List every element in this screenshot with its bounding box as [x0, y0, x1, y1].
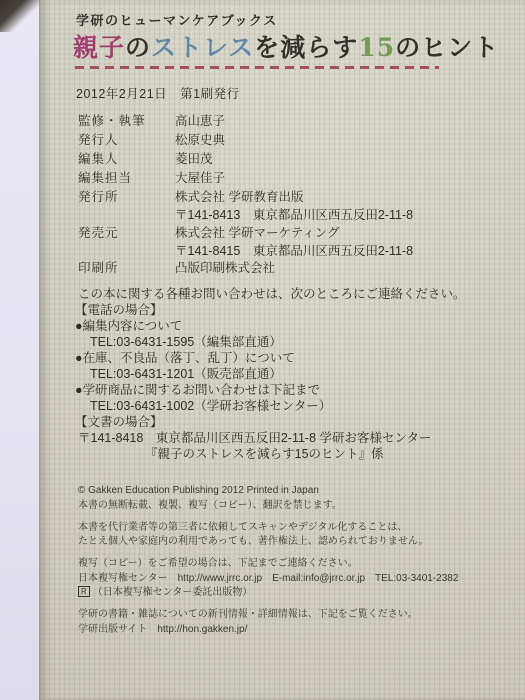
credit-label: 発行所	[78, 188, 175, 207]
book-colophon-photo: 学研のヒューマンケアブックス 親子のストレスを減らす15のヒント 2012年2月…	[0, 0, 525, 700]
credit-label: 発行人	[78, 131, 175, 150]
credit-row-printer: 印刷所 凸版印刷株式会社	[78, 259, 413, 278]
credit-row-editor: 編集人 菱田茂	[78, 150, 413, 169]
book-title: 親子のストレスを減らす15のヒント	[73, 28, 499, 64]
title-part-herasu: を減らす	[254, 34, 358, 62]
contact-intro: この本に関する各種お問い合わせは、次のところにご連絡ください。	[75, 286, 466, 302]
credit-row-publisher-person: 発行人 松原史典	[78, 131, 413, 150]
credit-row-editing-staff: 編集担当 大屋佳子	[78, 169, 413, 188]
copy-license-paragraph: 複写（コピー）をご希望の場合は、下記までご連絡ください。 日本複写権センター h…	[78, 557, 458, 601]
credit-value: 菱田茂	[175, 150, 213, 169]
credit-row-distributor: 発売元 株式会社 学研マーケティング	[78, 224, 413, 243]
scan-line-1: 本書を代行業者等の第三者に依頼してスキャンやデジタル化することは、	[78, 522, 407, 533]
edition-date: 2012年2月21日 第1刷発行	[76, 84, 240, 102]
jrrc-line: 日本複写権センター http://www.jrrc.or.jp E-mail:i…	[78, 573, 458, 584]
mail-attention-line: 『親子のストレスを減らす15のヒント』係	[75, 446, 466, 462]
series-name: 学研のヒューマンケアブックス	[76, 10, 278, 29]
phone-topic: ●学研商品に関するお問い合わせは下記まで	[75, 382, 466, 398]
credit-value: 凸版印刷株式会社	[175, 259, 275, 278]
legal-section: © Gakken Education Publishing 2012 Print…	[78, 484, 458, 645]
credit-label: 印刷所	[78, 259, 175, 278]
mail-address: 〒141-8418 東京都品川区西五反田2-11-8 学研お客様センター	[75, 430, 466, 446]
phone-topic: ●編集内容について	[75, 318, 466, 334]
publisher-info-paragraph: 学研の書籍・雑誌についての新刊情報・詳細情報は、下記をご覧ください。 学研出版サ…	[78, 608, 458, 637]
credit-value: 松原史典	[175, 131, 225, 150]
jrrc-boxed-r-mark: R	[78, 586, 90, 597]
rights-line: 本書の無断転載、複製、複写（コピー）、翻訳を禁じます。	[78, 500, 342, 511]
title-part-stress: ストレス	[151, 34, 254, 62]
copyright-paragraph: © Gakken Education Publishing 2012 Print…	[78, 484, 458, 513]
news-line: 学研の書籍・雑誌についての新刊情報・詳細情報は、下記をご覧ください。	[78, 609, 418, 620]
copyright-line: © Gakken Education Publishing 2012 Print…	[78, 485, 319, 496]
credit-label: 発売元	[78, 224, 175, 243]
site-line: 学研出版サイト http://hon.gakken.jp/	[78, 624, 247, 635]
credit-address: 〒141-8413 東京都品川区西五反田2-11-8	[78, 207, 413, 224]
credits-list: 監修・執筆 高山恵子 発行人 松原史典 編集人 菱田茂 編集担当 大屋佳子 発行…	[78, 112, 413, 278]
dashed-rule	[75, 66, 439, 69]
phone-number: TEL:03-6431-1595（編集部直通）	[75, 334, 466, 350]
scan-prohibition-paragraph: 本書を代行業者等の第三者に依頼してスキャンやデジタル化することは、 たとえ個人や…	[78, 521, 458, 550]
credit-value: 株式会社 学研マーケティング	[175, 224, 339, 243]
credit-row-publishing-house: 発行所 株式会社 学研教育出版	[78, 188, 413, 207]
phone-number: TEL:03-6431-1201（販売部直通）	[75, 366, 466, 382]
credit-label: 編集人	[78, 150, 175, 169]
credit-value: 高山恵子	[175, 112, 225, 131]
credit-value: 大屋佳子	[175, 169, 225, 188]
phone-topic: ●在庫、不良品（落丁、乱丁）について	[75, 350, 466, 366]
phone-heading: 【電話の場合】	[75, 302, 466, 318]
scan-line-2: たとえ個人や家庭内の利用であっても、著作権法上、認められておりません。	[78, 536, 429, 547]
credit-address: 〒141-8415 東京都品川区西五反田2-11-8	[78, 243, 413, 260]
credit-row-supervisor: 監修・執筆 高山恵子	[78, 112, 413, 131]
credit-label: 監修・執筆	[78, 112, 175, 131]
credit-label: 編集担当	[78, 169, 175, 188]
credit-value: 株式会社 学研教育出版	[175, 188, 303, 207]
mail-heading: 【文書の場合】	[75, 414, 466, 430]
page-content: 学研のヒューマンケアブックス 親子のストレスを減らす15のヒント 2012年2月…	[0, 0, 525, 700]
title-part-15: 15	[358, 33, 395, 62]
copy-request-line: 複写（コピー）をご希望の場合は、下記までご連絡ください。	[78, 558, 358, 569]
phone-number: TEL:03-6431-1002（学研お客様センター）	[75, 398, 466, 414]
title-part-no1: の	[125, 34, 151, 62]
jrrc-mark-text: （日本複写権センター委託出版物）	[93, 587, 253, 598]
title-part-oyako: 親子	[73, 34, 125, 62]
contact-section: この本に関する各種お問い合わせは、次のところにご連絡ください。 【電話の場合】 …	[75, 286, 466, 462]
title-part-hint: のヒント	[395, 34, 499, 62]
